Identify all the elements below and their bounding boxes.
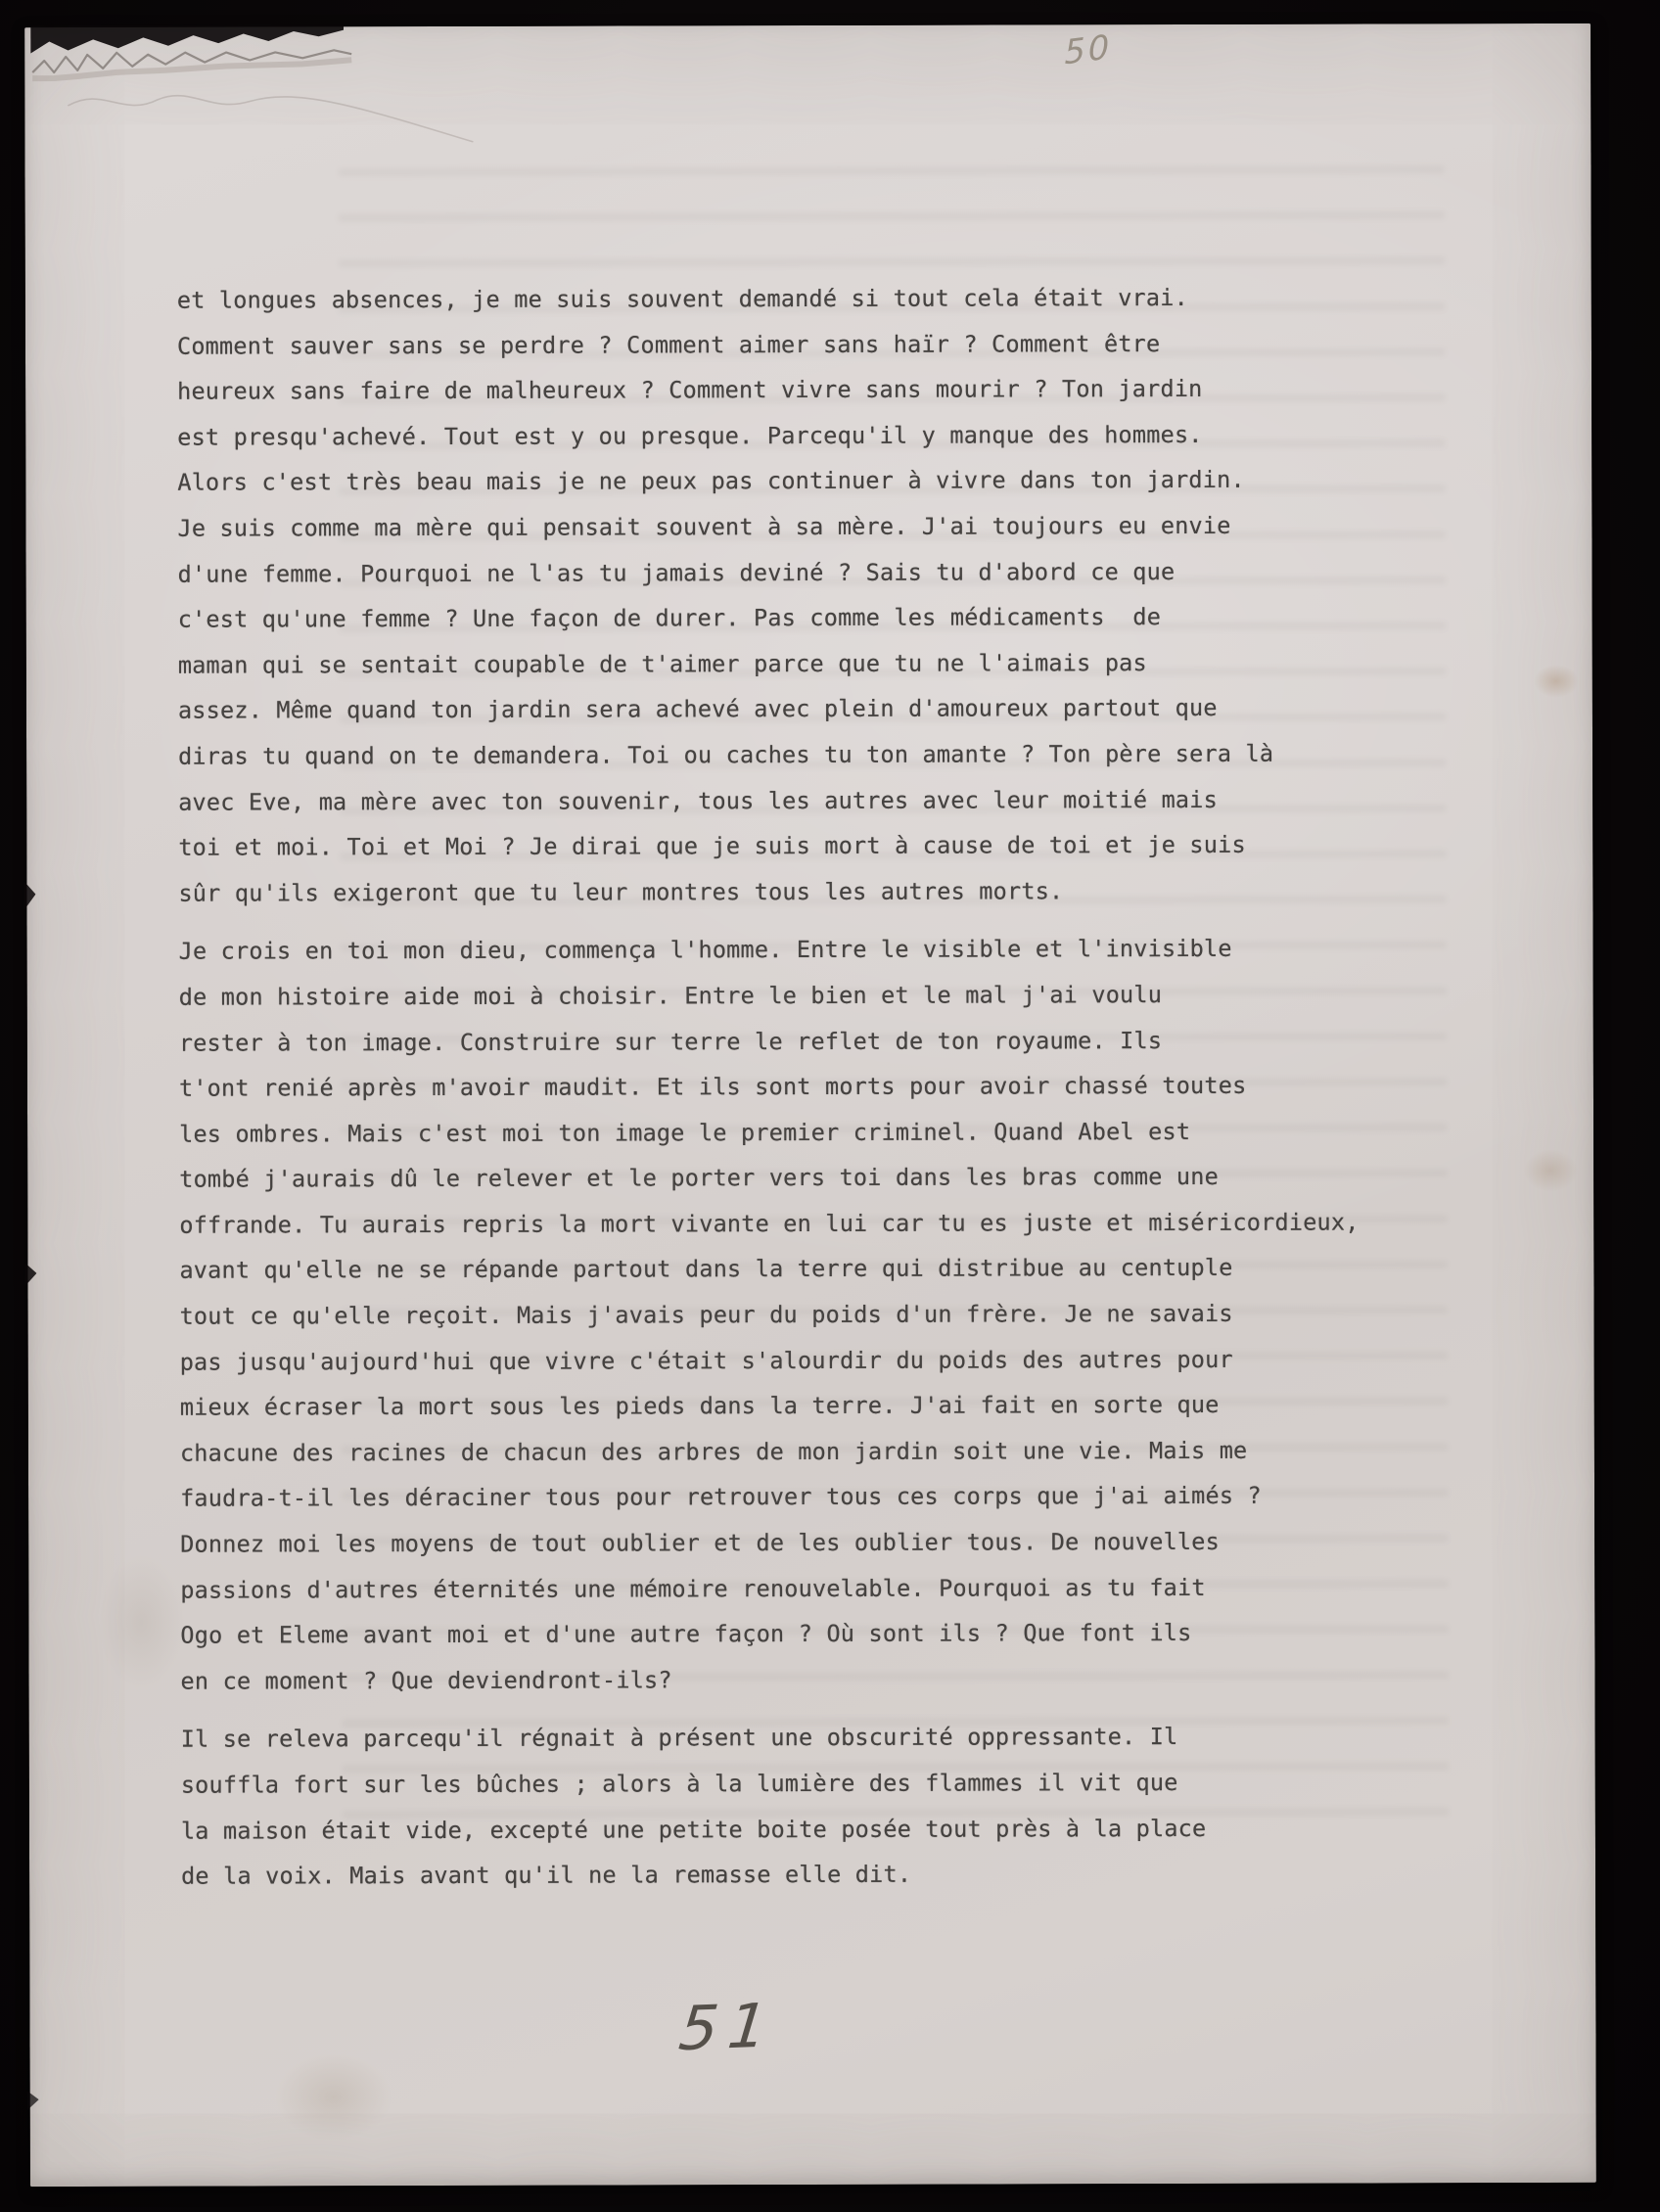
edge-nick <box>23 881 35 910</box>
page-number-pen: 51 <box>676 1989 781 2064</box>
edge-nick <box>24 1263 36 1286</box>
paragraph: et longues absences, je me suis souvent … <box>177 274 1569 916</box>
paper-stain <box>275 2052 392 2141</box>
text-line: les ombres. Mais c'est moi ton image le … <box>179 1108 1569 1157</box>
torn-paper-edge <box>30 24 344 55</box>
text-line: mieux écraser la mort sous les pieds dan… <box>180 1381 1570 1430</box>
text-line: faudra-t-il les déraciner tous pour retr… <box>180 1472 1570 1521</box>
typewritten-text: et longues absences, je me suis souvent … <box>177 274 1571 1899</box>
text-line: en ce moment ? Que deviendront-ils? <box>180 1655 1570 1704</box>
text-line: Il se releva parcequ'il régnait à présen… <box>181 1713 1571 1762</box>
photo-background: 50 et longues absences, je me suis souve… <box>0 0 1660 2212</box>
text-line: Donnez moi les moyens de tout oublier et… <box>180 1518 1570 1567</box>
text-line: est presqu'achevé. Tout est y ou presque… <box>177 411 1567 460</box>
text-line: et longues absences, je me suis souvent … <box>177 274 1567 323</box>
page-number-pencil: 50 <box>1064 27 1113 72</box>
text-line: tombé j'aurais dû le relever et le porte… <box>179 1153 1569 1202</box>
text-line: c'est qu'une femme ? Une façon de durer.… <box>178 593 1568 642</box>
paragraph: Je crois en toi mon dieu, commença l'hom… <box>179 925 1571 1704</box>
text-line: heureux sans faire de malheureux ? Comme… <box>177 365 1567 414</box>
text-line: t'ont renié après m'avoir maudit. Et ils… <box>179 1062 1569 1111</box>
crease-mark <box>64 77 475 166</box>
text-line: assez. Même quand ton jardin sera achevé… <box>178 684 1568 733</box>
text-line: avant qu'elle ne se répande partout dans… <box>179 1244 1569 1293</box>
text-line: chacune des racines de chacun des arbres… <box>180 1427 1570 1476</box>
text-line: maman qui se sentait coupable de t'aimer… <box>178 639 1568 688</box>
text-line: d'une femme. Pourquoi ne l'as tu jamais … <box>178 548 1568 597</box>
text-line: avec Eve, ma mère avec ton souvenir, tou… <box>178 776 1568 825</box>
edge-nick <box>27 2091 39 2110</box>
text-line: toi et moi. Toi et Moi ? Je dirai que je… <box>178 821 1568 870</box>
text-line: de la voix. Mais avant qu'il ne la remas… <box>181 1850 1571 1899</box>
paragraph: Il se releva parcequ'il régnait à présen… <box>181 1713 1571 1899</box>
text-line: passions d'autres éternités une mémoire … <box>180 1564 1570 1613</box>
text-line: pas jusqu'aujourd'hui que vivre c'était … <box>180 1336 1570 1385</box>
text-line: Ogo et Eleme avant moi et d'une autre fa… <box>180 1609 1570 1658</box>
text-line: Comment sauver sans se perdre ? Comment … <box>177 320 1567 369</box>
text-line: diras tu quand on te demandera. Toi ou c… <box>178 730 1568 779</box>
text-line: sûr qu'ils exigeront que tu leur montres… <box>178 867 1568 916</box>
text-line: tout ce qu'elle reçoit. Mais j'avais peu… <box>180 1290 1570 1339</box>
text-line: Je crois en toi mon dieu, commença l'hom… <box>179 925 1569 974</box>
paper-stain <box>97 1554 185 1691</box>
text-line: Alors c'est très beau mais je ne peux pa… <box>177 456 1567 505</box>
text-line: la maison était vide, excepté une petite… <box>181 1805 1571 1854</box>
text-line: Je suis comme ma mère qui pensait souven… <box>177 502 1567 551</box>
text-line: de mon histoire aide moi à choisir. Entr… <box>179 971 1569 1020</box>
text-line: rester à ton image. Construire sur terre… <box>179 1016 1569 1065</box>
tear-shadow-line <box>30 42 353 88</box>
text-line: souffla fort sur les bûches ; alors à la… <box>181 1759 1571 1808</box>
document-page: 50 et longues absences, je me suis souve… <box>24 23 1596 2187</box>
text-line: offrande. Tu aurais repris la mort vivan… <box>179 1199 1569 1248</box>
